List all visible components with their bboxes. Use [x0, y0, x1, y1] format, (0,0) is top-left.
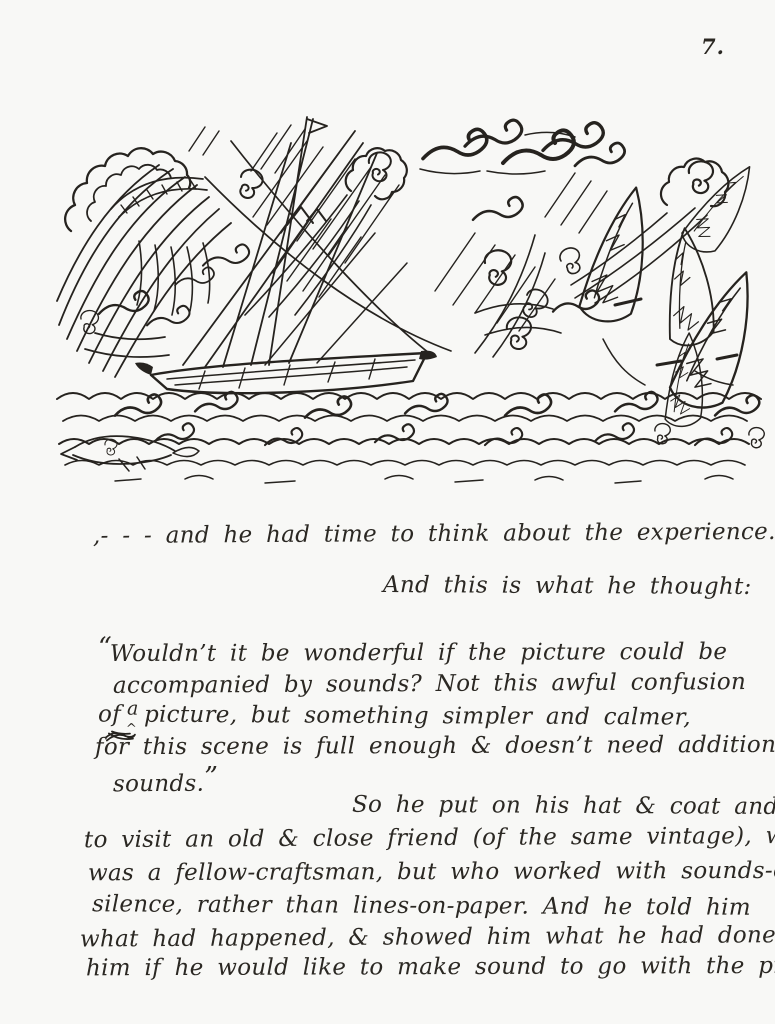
quote-line-1: “Wouldn’t it be wonderful if the picture…	[98, 632, 727, 668]
para-line-1: So he put on his hat & coat and went	[352, 791, 775, 822]
para-line-2: to visit an old & close friend (of the s…	[84, 822, 775, 854]
para-line-6: him if he would like to make sound to go…	[86, 952, 775, 983]
sea-chop	[57, 392, 764, 483]
thought-intro-line: And this is what he thought:	[383, 571, 752, 601]
sailboat	[135, 117, 451, 393]
open-quote-mark: “	[98, 632, 110, 663]
storm-at-sea-illustration	[55, 113, 775, 488]
quote-line-2: accompanied by sounds? Not this awful co…	[113, 668, 746, 700]
manuscript-page: 7.	[0, 0, 775, 1024]
quote-line-4: for this scene is full enough & doesn’t …	[95, 731, 775, 761]
inserted-word: a^	[125, 721, 140, 722]
para-line-3: was a fellow-craftsman, but who worked w…	[88, 857, 775, 888]
left-wave-sweeps	[57, 165, 231, 377]
top-wavelets	[420, 120, 625, 174]
left-wave-crest	[65, 148, 265, 315]
mid-swirls	[473, 197, 599, 357]
quote-line-5: sounds.”	[113, 764, 216, 799]
close-quote-mark: ”	[204, 762, 216, 793]
intro-line: ,- - - and he had time to think about th…	[93, 518, 775, 550]
para-line-4: silence, rather than lines-on-paper. And…	[92, 890, 751, 921]
para-line-5: what had happened, & showed him what he …	[80, 920, 775, 953]
page-number: 7.	[701, 34, 761, 59]
